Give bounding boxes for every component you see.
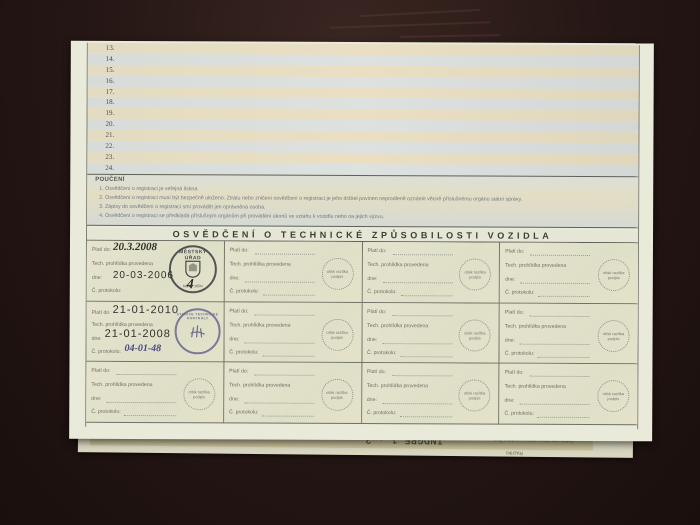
inspection-done-label: Tech. prohlídka provedena [367,262,428,268]
fill-line [400,295,452,296]
fill-line [530,376,590,377]
fill-line [263,295,315,296]
fill-line [244,403,314,404]
seal-placeholder: otisk razítka podpis [321,318,353,350]
fill-line [254,375,314,376]
date-label: dne: [367,276,377,282]
date-label: dne: [367,337,377,343]
protocol-label: Č. protokolu: [504,411,533,417]
fill-line [392,254,452,255]
date-label: dne: [505,337,515,343]
seal-placeholder: otisk razítka podpis [321,258,353,290]
inspection-done-label: Tech. prohlídka provedena [91,382,152,388]
fill-line [538,356,590,357]
inspection-date-value: 20-03-2006 [113,270,174,281]
protocol-label: Č. protokolu: [92,348,121,354]
stamp-emblem-icon [189,323,207,339]
coat-of-arms-icon [185,260,201,278]
valid-until-label: Platí do: [367,309,386,315]
technical-certificate: OSVĚDČENÍ O TECHNICKÉ ZPŮSOBILOSTI VOZID… [86,228,638,426]
inspection-done-label: Tech. prohlídka provedena [505,323,566,329]
inspection-cell: Platí do: Tech. prohlídka provedena dne:… [362,363,500,424]
valid-until-label: Platí do: [230,247,249,253]
pouceni-item: 1. Osvědčení o registraci je veřejná lis… [99,186,199,192]
registration-document: 13. 14. 15. 16. 17. 18. 19. 20. 21. 22. … [69,41,654,442]
inspection-done-label: Tech. prohlídka provedena [229,322,290,328]
fill-line [530,255,590,256]
fill-line [106,402,176,403]
protocol-label: Č. protokolu: [229,349,258,355]
inspection-station-stamp: STANICE TECHNICKÉ KONTROLY [175,308,221,354]
date-label: dne: [229,397,239,403]
protocol-label: Č. protokolu: [229,410,258,416]
protocol-label: Č. protokolu: [92,288,121,294]
inspection-cell: Platí do: Tech. prohlídka provedena dne:… [224,363,362,424]
inspection-cell: Platí do: Tech. prohlídka provedena dne:… [362,242,500,303]
seal-placeholder: otisk razítka podpis [459,258,491,290]
date-label: dne: [92,275,102,281]
fill-line [262,416,314,417]
seal-placeholder: otisk razítka podpis [321,379,353,411]
date-label: dne: [92,335,102,341]
fill-line [538,296,590,297]
inspection-cell: Platí do: Tech. prohlídka provedena dne:… [499,364,637,425]
date-label: dne: [230,275,240,281]
fill-line [400,356,452,357]
fill-line [520,343,590,344]
inspection-done-label: Tech. prohlídka provedena [367,383,428,389]
fill-line [124,415,176,416]
inspection-done-label: Tech. prohlídka provedena [229,383,290,389]
protocol-value: 04-01-48 [125,343,162,354]
valid-until-label: Platí do: [92,247,111,253]
fill-line [255,254,315,255]
fill-line [537,417,589,418]
protocol-label: Č. protokolu: [367,410,396,416]
valid-until-label: Platí do: [505,249,524,255]
inspection-cell: Platí do: Tech. prohlídka provedena dne:… [500,243,638,304]
numbered-rows: 13. 14. 15. 16. 17. 18. 19. 20. 21. 22. … [87,43,639,176]
fill-line [262,355,314,356]
fill-line [382,282,452,283]
pouceni-item: 4. Osvědčení o registraci se předkládá p… [99,213,384,220]
fill-line [400,416,452,417]
fill-line [530,315,590,316]
fill-line [244,342,314,343]
date-label: dne: [505,277,515,283]
seal-placeholder: otisk razítka podpis [459,380,491,412]
valid-until-label: Platí do: [229,369,248,375]
date-label: dne: [229,336,239,342]
protocol-label: Č. protokolu: [367,289,396,295]
inspection-done-label: Tech. prohlídka provedena [505,384,566,390]
fill-line [116,374,176,375]
date-label: dne: [367,397,377,403]
pouceni-item: 2. Osvědčení o registraci musí být bezpe… [99,195,522,203]
seal-placeholder: otisk razítka podpis [597,380,629,412]
pouceni-title: POUČENÍ [95,177,124,183]
inspection-cell: Platí do: 20.3.2008 Tech. prohlídka prov… [87,241,225,302]
fill-line [254,314,314,315]
document-sheet: 13. 14. 15. 16. 17. 18. 19. 20. 21. 22. … [85,43,640,429]
protocol-label: Č. protokolu: [91,409,120,415]
inspection-date-value: 21-01-2008 [105,328,171,340]
inspection-cell: Platí do: Tech. prohlídka provedena dne:… [500,303,638,364]
date-label: dne: [91,396,101,402]
wood-grain [330,21,490,29]
fill-line [382,343,452,344]
protocol-label: Č. protokolu: [230,288,259,294]
inspection-cell: Platí do: 21-01-2010 Tech. prohlídka pro… [86,301,224,362]
signature: 4 [187,277,194,293]
fill-line [392,315,452,316]
pouceni-item: 3. Zápisy do osvědčení o registraci smí … [99,204,265,211]
valid-until-label: Platí do: [92,309,111,315]
valid-until-label: Platí do: [91,368,110,374]
inspection-grid: Platí do: 20.3.2008 Tech. prohlídka prov… [86,241,638,425]
pouceni-section: POUČENÍ 1. Osvědčení o registraci je veř… [87,174,638,228]
wood-grain [400,34,500,38]
inspection-cell: Platí do: Tech. prohlídka provedena dne:… [86,362,224,423]
valid-until-label: Platí do: [505,370,524,376]
protocol-label: Č. protokolu: [367,350,396,356]
stamp-top-text: STANICE TECHNICKÉ KONTROLY [177,312,219,320]
seal-placeholder: otisk razítka podpis [183,379,215,411]
protocol-label: Č. protokolu: [505,350,534,356]
date-label: dne: [505,398,515,404]
fill-line [520,283,590,284]
back-sheet-inverted-tiny: Razítko [506,450,523,456]
valid-until-value: 20.3.2008 [113,241,157,253]
inspection-done-label: Tech. prohlídka provedena [92,261,153,267]
inspection-done-label: Tech. prohlídka provedena [505,263,566,269]
protocol-label: Č. protokolu: [505,290,534,296]
seal-placeholder: otisk razítka podpis [598,259,630,291]
fill-line [245,281,315,282]
inspection-cell: Platí do: Tech. prohlídka provedena dne:… [224,302,362,363]
valid-until-label: Platí do: [229,308,248,314]
inspection-cell: Platí do: Tech. prohlídka provedena dne:… [362,303,500,364]
valid-until-value: 21-01-2010 [113,304,179,316]
seal-placeholder: otisk razítka podpis [459,319,491,351]
inspection-done-label: Tech. prohlídka provedena [367,323,428,329]
valid-until-label: Platí do: [505,309,524,315]
stamp-top-text: MĚSTSKÝ ÚŘAD [171,249,215,261]
valid-until-label: Platí do: [367,248,386,254]
fill-line [520,404,590,405]
fill-line [382,403,452,404]
wood-grain [360,9,480,17]
fill-line [392,375,452,376]
inspection-cell: Platí do: Tech. prohlídka provedena dne:… [224,241,362,302]
seal-placeholder: otisk razítka podpis [598,320,630,352]
inspection-done-label: Tech. prohlídka provedena [230,261,291,267]
valid-until-label: Platí do: [367,369,386,375]
